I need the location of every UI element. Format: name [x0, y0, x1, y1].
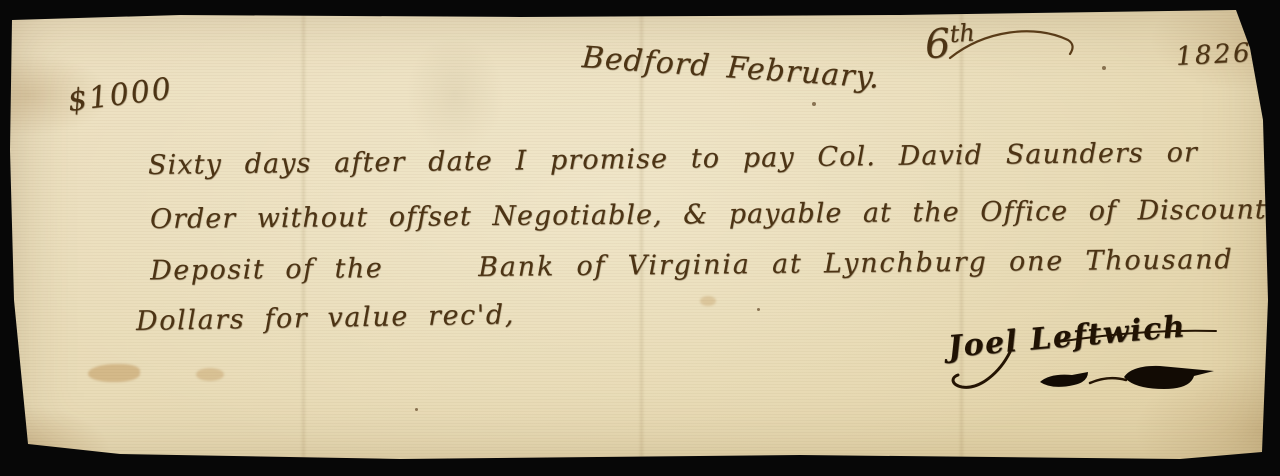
promise-line-1: Sixty days after date I promise to pay C… — [148, 137, 1198, 181]
ink-blot-small — [1040, 372, 1088, 387]
signature-text: Joel Leftwich — [946, 309, 1187, 365]
fold-crease — [960, 14, 963, 458]
signature-underline-dash — [1090, 378, 1126, 383]
ink-speckle — [415, 408, 418, 411]
promise-line-4: Dollars for value rec'd, — [136, 299, 515, 337]
day-number: 6 — [923, 21, 952, 69]
stain-mark — [700, 296, 716, 306]
promissory-note-paper: $1000 Bedford February. 6th 1826 Sixty d… — [0, 0, 1280, 476]
promise-line-3-right: Bank of Virginia at Lynchburg one Thousa… — [478, 244, 1234, 283]
day-ordinal-suffix: th — [949, 19, 976, 49]
promise-line-2: Order without offset Negotiable, & payab… — [150, 194, 1280, 235]
year-text: 1826 — [1175, 38, 1253, 72]
scan-background: $1000 Bedford February. 6th 1826 Sixty d… — [0, 0, 1280, 476]
amount-label: $1000 — [66, 71, 175, 119]
ink-speckle — [812, 102, 816, 106]
stain-mark — [196, 368, 224, 381]
ink-blot-large — [1124, 366, 1214, 389]
fold-crease — [640, 14, 643, 458]
day-text: 6th — [923, 19, 977, 69]
place-and-month-text: Bedford February. — [581, 40, 881, 96]
ink-speckle — [757, 308, 760, 311]
ink-speckle — [1102, 66, 1106, 70]
promise-line-3-left: Deposit of the — [150, 253, 383, 286]
stain-mark — [88, 364, 140, 382]
fold-crease — [302, 14, 305, 458]
